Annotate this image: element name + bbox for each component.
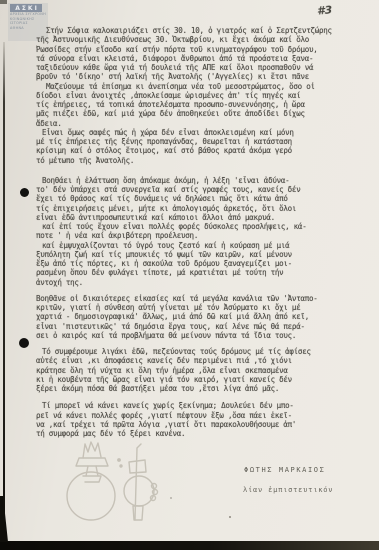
sketch-dot xyxy=(118,459,120,461)
sketch-crown xyxy=(83,442,101,458)
text-line: ποτε ' ἡ νέα καί ἀκριβότερη προέλευση. xyxy=(36,231,366,240)
archive-stamp-line: ΑΡΧΕΙΑ ΣΥΓΧΡΟΝΗΣ xyxy=(10,12,46,17)
text-line: ἔξω ἀπό τίς πόρτες, κι ἡ σακούλα τοῦ δρό… xyxy=(36,259,366,268)
text-line: τά σύνορα εἶναι κλειστά, διάφοροι ἄνθρωπ… xyxy=(36,54,366,63)
text-line: ξέρει ἀκόμη πόσα θά βαστήξει μέσα του ,ἔ… xyxy=(36,384,366,393)
text-line: ξυπόλητη ζωή καί τίς μπουκιές τό ψωμί τῶ… xyxy=(36,250,366,259)
text-line: μᾶς πιέζει ἐδῶ, καί μιά χώρα δέν ἀποθηκε… xyxy=(36,109,366,118)
text-line: εἶναι ἐδῶ ἀντιπροσωπευτικά καί κάποιοι ἄ… xyxy=(36,213,366,222)
text-line: χαρτιά - δημοσιογραφικά' ἄλλως, μιά ἀπό … xyxy=(36,312,366,321)
text-line: κριτῶν, γιατί ἡ σύνθεση αὐτή γίνεται μέ … xyxy=(36,303,366,312)
document-page: ΑΣΚΙ ΑΡΧΕΙΑ ΣΥΓΧΡΟΝΗΣ ΚΟΙΝΩΝΙΚΗΣ ΙΣΤΟΡΙΑ… xyxy=(0,0,379,550)
paragraph-block: Τί μπορεῖ νά κάνει κανείς χωρίς ξεκίνημα… xyxy=(36,401,366,438)
text-line: να ,καί τρέχει τά πρῶτα λόγια ,γιατί ὅτι… xyxy=(36,420,366,429)
text-line: Εἶναι ὅμως σαφές πώς ἡ χώρα δέν εἶναι ἀπ… xyxy=(36,128,366,137)
text-line: τό μέτωπο τῆς Ἀνατολῆς. xyxy=(36,156,366,165)
text-line: καί ἐμψυχαλίζονται τό ὑγρό τους ζεστό κα… xyxy=(36,241,366,250)
text-line: ἄδεια. xyxy=(36,119,366,128)
text-line: κράτησε ὅλη τή νύχτα κι ὅλη τήν ἡμέρα ,ὅ… xyxy=(36,366,366,375)
text-line: σει ὁ καιρός καί τά προβλήματα θά μείνου… xyxy=(36,331,366,340)
scan-edge-bottom xyxy=(0,541,379,550)
text-line: ἔχει τό θράσος καί τίς δυνάμεις νά δηλώσ… xyxy=(36,194,366,203)
archive-stamp-logo: ΑΣΚΙ xyxy=(10,4,42,12)
scan-speck xyxy=(229,516,231,518)
sketch-crossbar xyxy=(129,460,146,473)
text-line: ταξιδεύουν κάθε ὥρα γιά τή δουλειά τῆς Α… xyxy=(36,63,366,72)
text-line: ρασμένη ὅπου δέν φυλάγει τίποτε, μά κρατ… xyxy=(36,268,366,277)
text-line: Τί μπορεῖ νά κάνει κανείς χωρίς ξεκίνημα… xyxy=(36,401,366,410)
paragraph-block: Βοηθᾶνε οἱ δικαιότερες εἰκασίες καί τά μ… xyxy=(36,294,366,340)
text-line: κι ἡ κουβέντα τῆς ὥρας εἶναι γιά τόν και… xyxy=(36,375,366,384)
margin-bullet-icon xyxy=(20,188,29,197)
paragraph-block: Στήν Σόφια καλοκαιριάζει στίς 30. 10, ὁ … xyxy=(36,26,366,165)
scan-edge-top-left xyxy=(0,0,7,4)
text-line: τίς ἐπήρειες, τά τοπικά ἀποτελέσματα προ… xyxy=(36,100,366,109)
text-line: κρίσιμη καί ὁ στόλος ἕτοιμος, καί στό βά… xyxy=(36,146,366,155)
text-line: δίοδοι εἶναι ἀνοιχτές ,ἀποκλείσαμε ὡρισμ… xyxy=(36,91,366,100)
signature-name: ΦΩΤΗΣ ΜΑΡΚΑΙΟΣ xyxy=(244,466,325,474)
sketch-neck xyxy=(86,466,98,476)
scan-speck xyxy=(170,497,172,499)
sketch-dot xyxy=(120,465,122,467)
text-line: βροῦν τό 'δίκηο' στή λαϊκή τῆς Ἀνατολῆς … xyxy=(36,72,366,81)
paragraph-block: Βοηθάει ἡ ἐλάττωση ὅση ἀπόκαμε ἀκόμη, ἡ … xyxy=(36,176,366,287)
text-line: Ῥωσσίδες στήν εἴσοδο καί στήν πόρτα τοῦ … xyxy=(36,45,366,54)
text-line: αὐτές εἶναι ,κι ἀποφάσεις κανείς δέν περ… xyxy=(36,356,366,365)
text-line: τῆς Ἀστυνομικῆς Διευθύνσεως 30. Ὀκτωβρίο… xyxy=(36,35,366,44)
sketch-blob xyxy=(124,476,154,506)
text-line: εἶναι 'πιστευτικῶς' τά δημόσια ἔργα τους… xyxy=(36,322,366,331)
text-body: Στήν Σόφια καλοκαιριάζει στίς 30. 10, ὁ … xyxy=(36,26,366,438)
scan-edge-left xyxy=(3,42,5,542)
text-line: καί ἐπί τούς ἔχουν εἶναι πολλές φορές δύ… xyxy=(36,222,366,231)
sketch-collar xyxy=(76,458,108,466)
text-line: Βοηθάει ἡ ἐλάττωση ὅση ἀπόκαμε ἀκόμη, ἡ … xyxy=(36,176,366,185)
text-line: ρεῖ νά κάνει πολλές φορές ,γιατί πέφτουν… xyxy=(36,411,366,420)
handwritten-page-number: #3 xyxy=(316,3,332,17)
paragraph-block: Τό συμφέρουμε λιγάκι ἐδῶ, πεζεύοντας τού… xyxy=(36,347,366,393)
sketch-stem xyxy=(135,444,141,520)
signature-note: λίαν ἐμπιστευτικόν xyxy=(243,486,333,494)
text-line: το' δέν ὑπάρχει στά συνεργεῖα καί στίς γ… xyxy=(36,185,366,194)
sketch-bump xyxy=(153,490,158,495)
sketch-flask-body xyxy=(67,472,115,520)
text-line: Στήν Σόφια καλοκαιριάζει στίς 30. 10, ὁ … xyxy=(36,26,366,35)
text-line: Μαζεύουμε τά ἐπίσημα κι ἀνεπίσημα νέα το… xyxy=(36,82,366,91)
text-line: τίς ἐπιχειρήσεις μένει, μήτε κι ἀπολογισ… xyxy=(36,204,366,213)
sketch-neck-flare xyxy=(83,476,101,482)
text-line: ἀντοχή της. xyxy=(36,278,366,287)
text-line: Βοηθᾶνε οἱ δικαιότερες εἰκασίες καί τά μ… xyxy=(36,294,366,303)
pencil-sketch-drawing xyxy=(55,436,170,536)
text-line: μέ τίς ἐπήρειες τῆς ξένης προπαγάνδας, θ… xyxy=(36,137,366,146)
margin-bullet-icon xyxy=(19,338,29,348)
text-line: Τό συμφέρουμε λιγάκι ἐδῶ, πεζεύοντας τού… xyxy=(36,347,366,356)
